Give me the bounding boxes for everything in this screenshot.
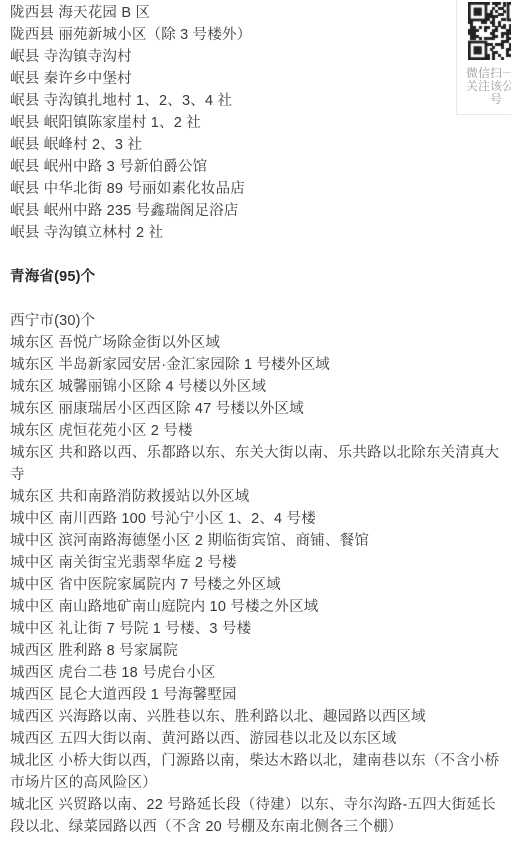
list-item: 城东区 共和路以西、乐都路以东、东关大街以南、乐共路以北除东关清真大 寺: [10, 442, 501, 486]
list-item: 城西区 胜利路 8 号家属院: [10, 640, 501, 662]
article-body: 陇西县 海天花园 B 区陇西县 丽苑新城小区（除 3 号楼外）岷县 寺沟镇寺沟村…: [0, 0, 511, 838]
list-item: 城西区 昆仑大道西段 1 号海馨墅园: [10, 684, 501, 706]
list-item: 西宁市(30)个: [10, 310, 501, 332]
list-item: 城西区 兴海路以南、兴胜巷以东、胜利路以北、趣园路以西区域: [10, 706, 501, 728]
list-item: 城西区 虎台二巷 18 号虎台小区: [10, 662, 501, 684]
list-item: 城北区 兴贸路以南、22 号路延长段（待建）以东、寺尔沟路-五四大街延长 段以北…: [10, 794, 501, 838]
list-item: 岷县 寺沟镇立林村 2 社: [10, 222, 501, 244]
section-header: 青海省(95)个: [10, 266, 501, 288]
wechat-qr-panel[interactable]: 微信扫一扫关注该公众号: [456, 0, 511, 115]
list-item: 城中区 南川西路 100 号沁宁小区 1、2、4 号楼: [10, 508, 501, 530]
list-item: 城中区 南山路地矿南山庭院内 10 号楼之外区域: [10, 596, 501, 618]
list-item: 城中区 省中医院家属院内 7 号楼之外区域: [10, 574, 501, 596]
list-item: 陇西县 丽苑新城小区（除 3 号楼外）: [10, 24, 501, 46]
list-item: 城西区 五四大街以南、黄河路以西、游园巷以北及以东区域: [10, 728, 501, 750]
list-item: 城中区 礼让街 7 号院 1 号楼、3 号楼: [10, 618, 501, 640]
list-item: 城东区 半岛新家园安居·金汇家园除 1 号楼外区域: [10, 354, 501, 376]
list-item: 岷县 寺沟镇寺沟村: [10, 46, 501, 68]
list-item: 岷县 中华北街 89 号丽如素化妆品店: [10, 178, 501, 200]
list-item: 城东区 共和南路消防救援站以外区域: [10, 486, 501, 508]
spacer: [10, 288, 501, 310]
list-item: 城东区 城馨丽锦小区除 4 号楼以外区域: [10, 376, 501, 398]
list-item: 岷县 岷州中路 235 号鑫瑞阁足浴店: [10, 200, 501, 222]
spacer: [10, 244, 501, 266]
list-item: 岷县 岷阳镇陈家崖村 1、2 社: [10, 112, 501, 134]
list-item: 城中区 南关街宝光翡翠华庭 2 号楼: [10, 552, 501, 574]
list-item: 城东区 丽康瑞居小区西区除 47 号楼以外区域: [10, 398, 501, 420]
list-item: 城东区 吾悦广场除金街以外区域: [10, 332, 501, 354]
list-item: 岷县 秦许乡中堡村: [10, 68, 501, 90]
list-item: 岷县 岷峰村 2、3 社: [10, 134, 501, 156]
list-item: 城北区 小桥大街以西，门源路以南，柴达木路以北，建南巷以东（不含小桥 市场片区的…: [10, 750, 501, 794]
list-item: 城东区 虎恒花苑小区 2 号楼: [10, 420, 501, 442]
qr-code-icon: [468, 2, 511, 60]
list-item: 陇西县 海天花园 B 区: [10, 2, 501, 24]
qr-caption: 微信扫一扫关注该公众号: [466, 67, 511, 106]
list-item: 岷县 岷州中路 3 号新伯爵公馆: [10, 156, 501, 178]
list-item: 岷县 寺沟镇扎地村 1、2、3、4 社: [10, 90, 501, 112]
list-item: 城中区 滨河南路海德堡小区 2 期临街宾馆、商铺、餐馆: [10, 530, 501, 552]
